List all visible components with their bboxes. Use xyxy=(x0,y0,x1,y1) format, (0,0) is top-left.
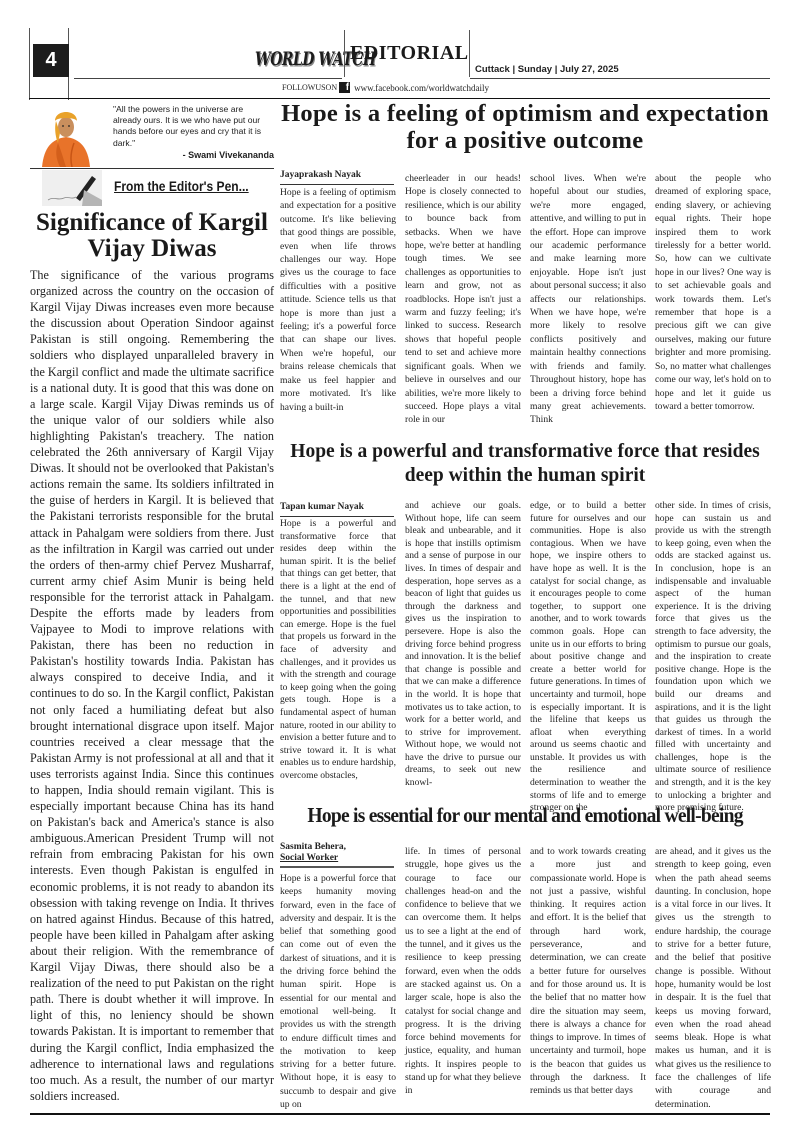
byline-role: Social Worker xyxy=(280,853,394,864)
masthead-rule xyxy=(470,78,770,79)
editors-pen-label: From the Editor's Pen... xyxy=(114,178,249,194)
article-2-column-1: Hope is a powerful and transformative fo… xyxy=(280,518,396,782)
article-2-column-4: other side. In times of crisis, hope can… xyxy=(655,500,771,815)
article-3-column-2: life. In times of personal struggle, hop… xyxy=(405,845,521,1098)
byline-name: Sasmita Behera, xyxy=(280,842,394,853)
article-3-headline: Hope is essential for our mental and emo… xyxy=(280,802,770,828)
section-title: EDITORIAL xyxy=(350,42,469,65)
article-1-headline: Hope is a feeling of optimism and expect… xyxy=(280,100,770,154)
quote-box: "All the powers in the universe are alre… xyxy=(30,100,274,168)
article-2-column-2: and achieve our goals. Without hope, lif… xyxy=(405,500,521,790)
article-3-byline: Sasmita Behera, Social Worker xyxy=(280,842,394,868)
page-bottom-rule xyxy=(30,1113,770,1115)
article-2-byline: Tapan kumar Nayak xyxy=(280,502,394,517)
editors-pen-banner: From the Editor's Pen... xyxy=(30,170,274,210)
article-1-column-3: school lives. When we're hopeful about o… xyxy=(530,172,646,427)
dateline: Cuttack | Sunday | July 27, 2025 xyxy=(475,64,619,75)
masthead-bottom-rule xyxy=(29,98,770,99)
article-1-column-1: Hope is a feeling of optimism and expect… xyxy=(280,186,396,414)
article-3-column-1: Hope is a powerful force that keeps huma… xyxy=(280,872,396,1111)
divider xyxy=(30,168,274,169)
editorial-body: The significance of the various programs… xyxy=(30,267,274,1104)
article-3-column-4: are ahead, and it gives us the strength … xyxy=(655,845,771,1111)
page-number: 4 xyxy=(33,44,69,77)
quote-author: - Swami Vivekananda xyxy=(183,150,274,160)
article-1-byline: Jayaprakash Nayak xyxy=(280,170,394,185)
editorial-title: Significance of Kargil Vijay Diwas xyxy=(30,210,274,262)
follow-us-bar: FOLLOWUSON f www.facebook.com/worldwatch… xyxy=(282,82,489,93)
facebook-icon: f xyxy=(339,82,350,93)
article-2-headline: Hope is a powerful and transformative fo… xyxy=(280,440,770,488)
follow-label: FOLLOWUSON xyxy=(282,83,337,92)
article-1-column-4: about the people who dreamed of explorin… xyxy=(655,172,771,413)
article-1-column-2: cheerleader in our heads! Hope is closel… xyxy=(405,172,521,427)
newspaper-logo: WORLD WATCH xyxy=(255,37,343,84)
pen-writing-icon xyxy=(42,170,102,206)
swami-vivekananda-portrait xyxy=(38,103,94,167)
quote-text: "All the powers in the universe are alre… xyxy=(113,104,273,149)
masthead-divider xyxy=(344,30,345,77)
article-3-column-3: and to work towards creating a more just… xyxy=(530,845,646,1098)
masthead-divider xyxy=(469,30,470,77)
article-2-column-3: edge, or to build a better future for ou… xyxy=(530,500,646,815)
facebook-link[interactable]: www.facebook.com/worldwatchdaily xyxy=(354,83,489,93)
